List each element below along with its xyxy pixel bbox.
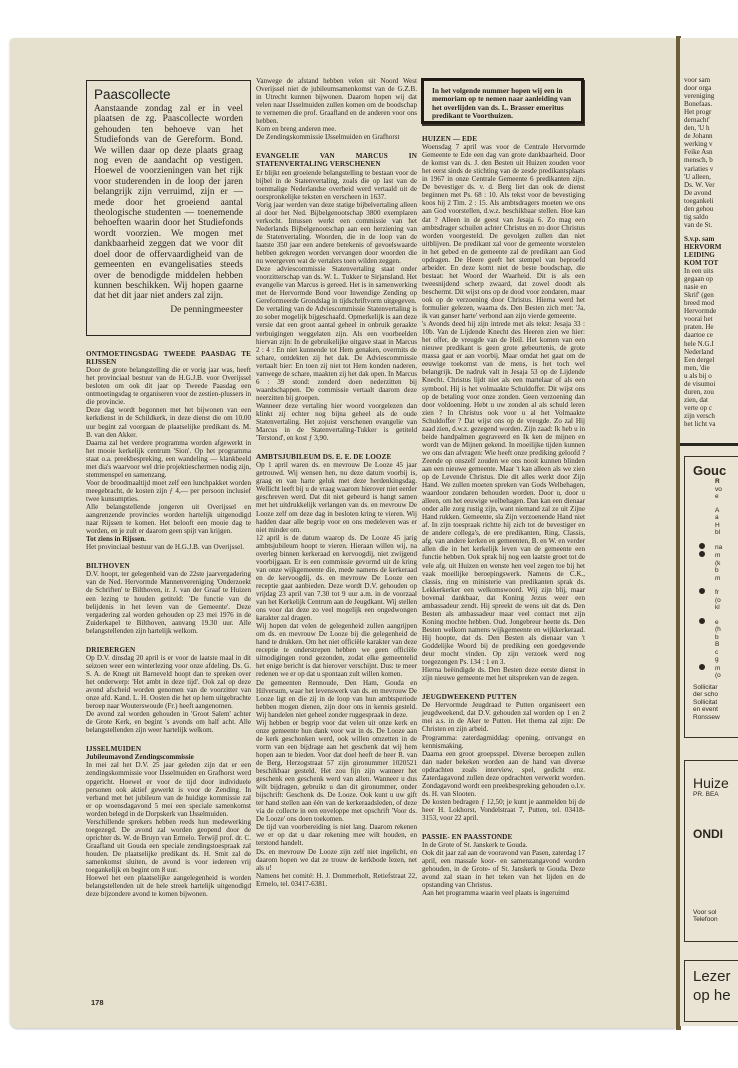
text-fragment: de visumoi (684, 380, 721, 388)
text-fragment: voor sam (684, 76, 721, 84)
article-paragraph: Op D.V. dinsdag 20 april is er voor de l… (86, 654, 251, 710)
article-paragraph: Programma: zaterdagmiddag: opening, ontv… (422, 734, 585, 750)
ad-footer-text: Ronssew (685, 714, 738, 722)
article-paragraph: Ook dit jaar zal aan de vooravond van Pa… (422, 849, 585, 889)
text-fragment: dernacht' (684, 116, 721, 124)
article-heading: JEUGDWEEKEND PUTTEN (422, 693, 585, 701)
ad-text: e (685, 493, 738, 501)
ad-text: (o (685, 597, 738, 605)
ad-footer-text: der scho (685, 691, 738, 699)
text-fragment: Nederland (684, 348, 721, 356)
text-fragment: hele N.G.I (684, 340, 721, 348)
ad-text: H (685, 522, 738, 530)
text-fragment: De avond (684, 189, 721, 197)
text-fragment: de Johann (684, 132, 721, 140)
article-paragraph: Deze adviescommissie Statenvertaling sta… (256, 265, 417, 305)
ad-footer-text: Voor sol (685, 909, 738, 917)
text-fragment: variaties v (684, 165, 721, 173)
article-paragraph: De kosten bedragen ƒ 12,50; je kunt je a… (422, 798, 585, 822)
text-fragment: men, 'die (684, 364, 721, 372)
ad-text: b (685, 567, 738, 575)
ad-text: a (685, 514, 738, 522)
ad-text: A (685, 507, 738, 515)
text-fragment: mensch, b (684, 156, 721, 164)
article-paragraph: Vorig jaar werden van deze statige bijbe… (256, 201, 417, 265)
text-fragment: Bonefaas. (684, 100, 721, 108)
advertisement-huizen: Huize PR. BEA ONDI Voor sol Telefoon (684, 760, 738, 942)
article-paragraph: Aan het programma waarin veel plaats is … (422, 889, 585, 897)
ad-text: g (685, 656, 738, 664)
article-paragraph: Kom en breng anderen mee. (256, 125, 417, 133)
article-paragraph: De gemeenten Rennoude, Den Ham, Gouda en… (256, 679, 417, 719)
article-paragraph: Woensdag 7 april was voor de Centrale He… (422, 143, 585, 320)
article-paragraph: D.V. hoopt, ter gelegenheid van de 22ste… (86, 570, 251, 634)
text-fragment: 'U alleen, (684, 173, 721, 181)
text-fragment: Een dergel (684, 356, 721, 364)
text-fragment: zijn versch (684, 412, 721, 420)
text-fragment: tig saldo (684, 213, 721, 221)
page-number: 178 (91, 998, 104, 1007)
article-paragraph: Ds. en mevrouw De Looze zijn zelf niet i… (256, 848, 417, 872)
article-heading: DRIEBERGEN (86, 646, 251, 654)
article-paragraph: In mei zal het D.V. 25 jaar geleden zijn… (86, 761, 251, 817)
article-paragraph: De avond zal worden gehouden in 'Groot S… (86, 710, 251, 734)
paascollecte-body: Aanstaande zondag zal er in veel plaatse… (94, 104, 243, 302)
ad-title: Lezer (685, 967, 738, 986)
ad-footer-text: Sollicitar (685, 684, 738, 692)
article-paragraph: Wanneer deze vertaling hier woord voorge… (256, 402, 417, 442)
memoriam-notice-box: In het volgende nummer hopen wij een in … (421, 78, 584, 124)
text-fragment: gegaan op (684, 275, 721, 283)
text-fragment: toegankeli (684, 197, 721, 205)
ad-text: (k (685, 560, 738, 568)
text-fragment: In een uits (684, 267, 721, 275)
ad-heading: ONDI (685, 827, 738, 841)
ad-text: (o (685, 672, 738, 680)
column-3: HUIZEN — EDE Woensdag 7 april was voor d… (422, 135, 585, 897)
text-fragment: verte op c (684, 404, 721, 412)
text-fragment: werking v (684, 140, 721, 148)
advertisement-gouda: Gouc R vo e A a H bl na m (k b m fr (o k… (684, 456, 738, 738)
article-paragraph: Daarna zal het verdere programma worden … (86, 439, 251, 479)
ad-text: (h (685, 626, 738, 634)
ad-text: m (705, 665, 720, 672)
ad-subtitle: PR. BEA (685, 791, 738, 799)
text-fragment: voorai het (684, 315, 721, 323)
article-paragraph: De Zendingskommissie IJsselmuiden en Gra… (256, 133, 417, 141)
ad-title: Huize (685, 775, 738, 791)
article-paragraph: Hoewel het een plaatselijke aangelegenhe… (86, 874, 251, 898)
text-fragment: Skrif' (gen (684, 291, 721, 299)
article-paragraph: Er blijkt een groeiende belangstelling t… (256, 169, 417, 201)
ad-text: bl (685, 529, 738, 537)
article-paragraph: Alle belangstellende jongeren uit Overij… (86, 503, 251, 535)
article-paragraph: Op 1 april waren ds. en mevrouw De Looze… (256, 461, 417, 533)
text-fragment: van de St. (684, 221, 721, 229)
text-fragment: HERVORM (684, 243, 721, 251)
text-fragment: Ds. W. Ver (684, 181, 721, 189)
text-fragment: breed mod (684, 299, 721, 307)
article-paragraph: In de Grote of St. Janskerk te Gouda. (422, 841, 585, 849)
article-paragraph: Het provinciaal bestuur van de H.G.J.B. … (86, 543, 251, 551)
article-closing: Tot ziens in Rijssen. (86, 535, 251, 543)
article-paragraph: 12 april is de datum waarop ds. De Looze… (256, 534, 417, 623)
text-fragment: S.v.p. sam (684, 235, 721, 243)
text-fragment: duren, zou (684, 388, 721, 396)
ad-text: m (685, 575, 738, 583)
ad-text: e (705, 619, 719, 626)
article-paragraph: Namens het comité: H. J. Dommerholt, Ret… (256, 872, 417, 888)
article-paragraph: Wij hopen dat velen de gelegenheid zulle… (256, 622, 417, 678)
paascollecte-box: Paascollecte Aanstaande zondag zal er in… (86, 80, 251, 336)
article-paragraph: Daarna een groot groepsspel. Diverse ber… (422, 750, 585, 798)
article-heading: EVANGELIE VAN MARCUS IN STATENVERTALING … (256, 152, 417, 168)
article-paragraph: Voor de broodmaaltijd moet zelf een lunc… (86, 479, 251, 503)
ad-text: B (685, 641, 738, 649)
text-fragment: LEIDING (684, 251, 721, 259)
memoriam-notice-text: In het volgende nummer hopen wij een in … (432, 86, 571, 120)
ad-title: op he (685, 986, 738, 1005)
article-heading: AMBTSJUBILEUM DS. E. E. DE LOOZE (256, 453, 417, 461)
divider-rule (680, 443, 738, 446)
ad-text: vo (685, 486, 738, 494)
text-fragment: KOM TOT (684, 259, 721, 267)
article-paragraph: De Hervormde Jeugdraad te Putten organis… (422, 701, 585, 733)
advertisement-lezers: Lezer op he (684, 960, 738, 1022)
article-paragraph: 's Avonds deed hij zijn intrede met als … (422, 320, 585, 666)
text-fragment: het licht va (684, 420, 721, 428)
ad-text: R (685, 478, 738, 486)
article-subheading: Jubileumavond Zendingscommissie (86, 753, 251, 761)
article-paragraph: Door de grote belangstelling die er vori… (86, 366, 251, 406)
text-fragment: den gehou (684, 205, 721, 213)
text-fragment: vereniging (684, 92, 721, 100)
article-paragraph: Hierna beëindigde ds. Den Besten deze ee… (422, 666, 585, 682)
paascollecte-title: Paascollecte (94, 87, 243, 102)
article-paragraph: De vertaling van de Adviescommissie Stat… (256, 305, 417, 402)
text-fragment: nasie en (684, 283, 721, 291)
ad-text: na (705, 544, 722, 551)
article-heading: HUIZEN — EDE (422, 135, 585, 143)
text-fragment: Hervormde (684, 307, 721, 315)
article-heading: ONTMOETINGSDAG TWEEDE PAASDAG TE RIJSSEN (86, 350, 251, 366)
text-fragment: Feike Asn (684, 148, 721, 156)
text-fragment: den, 'U h (684, 124, 721, 132)
column-1: ONTMOETINGSDAG TWEEDE PAASDAG TE RIJSSEN… (86, 350, 251, 898)
article-heading: BILTHOVEN (86, 562, 251, 570)
text-fragment: zien, dat (684, 396, 721, 404)
ad-footer-text: en event (685, 706, 738, 714)
text-fragment: door orga (684, 84, 721, 92)
ad-title: Gouc (685, 463, 738, 478)
ad-text: fr (705, 589, 719, 596)
ad-text: b (685, 634, 738, 642)
ad-footer-text: Sollicitat (685, 699, 738, 707)
article-paragraph: Deze dag wordt begonnen met het bijwonen… (86, 406, 251, 438)
text-fragment: daartoe ce (684, 331, 721, 339)
ad-footer-text: Telefoon (685, 916, 738, 924)
paascollecte-signature: De penningmeester (94, 305, 243, 316)
article-paragraph: Wij hebben er begrip voor dat velen uit … (256, 719, 417, 824)
ad-text: kl (685, 604, 738, 612)
article-paragraph: De tijd van voorbereiding is niet lang. … (256, 823, 417, 847)
text-fragment: Het progr (684, 108, 721, 116)
ad-text: c (685, 649, 738, 657)
text-fragment: praten. He (684, 323, 721, 331)
column-2: Vanwege de afstand hebben velen uit Noor… (256, 77, 417, 888)
article-heading: PASSIE- EN PAASSTONDE (422, 833, 585, 841)
ad-text: m (705, 552, 720, 559)
article-paragraph: Vanwege de afstand hebben velen uit Noor… (256, 77, 417, 125)
right-column-fragment: voor sam door orga vereniging Bonefaas. … (684, 76, 721, 428)
article-heading: IJSSELMUIDEN (86, 745, 251, 753)
magazine-page-right: voor sam door orga vereniging Bonefaas. … (680, 38, 738, 1026)
article-paragraph: Verschillende sprekers hebben reeds hun … (86, 818, 251, 874)
text-fragment: u als bij o (684, 372, 721, 380)
